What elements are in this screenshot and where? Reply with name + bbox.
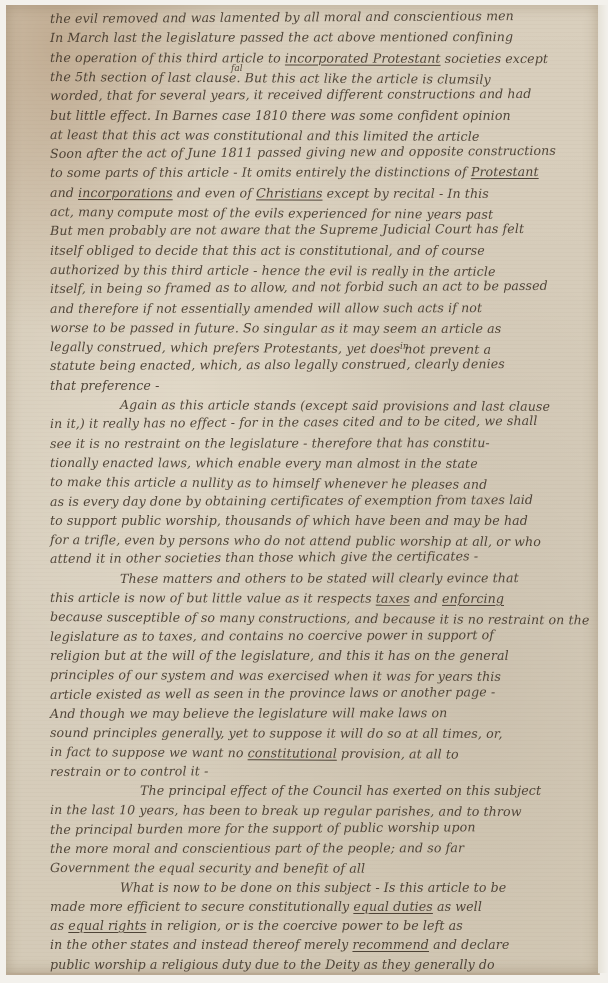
manuscript-line: restrain or to control it - [50, 763, 208, 779]
manuscript-line: the principal burden more for the suppor… [50, 819, 476, 837]
manuscript-line: itself obliged to decide that this act i… [50, 243, 485, 258]
manuscript-line: this article is now of but little value … [50, 590, 504, 606]
manuscript-line: worded, that for several years, it recei… [50, 86, 531, 103]
manuscript-line: because susceptible of so many construct… [50, 609, 590, 627]
manuscript-line: The principal effect of the Council has … [140, 783, 541, 798]
manuscript-line: and therefore if not essentially amended… [50, 300, 482, 316]
manuscript-line: In March last the legislature passed the… [50, 29, 513, 45]
manuscript-line: But men probably are not aware that the … [50, 221, 524, 238]
manuscript-line: at least that this act was constitutiona… [50, 127, 479, 144]
manuscript-line: in the last 10 years, has been to break … [50, 802, 522, 819]
manuscript-line: Soon after the act of June 1811 passed g… [50, 143, 556, 161]
manuscript-line: authorized by this third article - hence… [50, 262, 496, 279]
manuscript-line: These matters and others to be stated wi… [120, 570, 519, 586]
manuscript-line: worse to be passed in future. So singula… [50, 320, 501, 336]
manuscript-line: in it,) it really has no effect - for in… [50, 413, 538, 431]
manuscript-line: What is now to be done on this subject -… [120, 880, 506, 895]
manuscript-line: to support public worship, thousands of … [50, 513, 528, 528]
manuscript-line: as equal rights in religion, or is the c… [50, 918, 463, 933]
manuscript-text: the evil removed and was lamented by all… [6, 5, 598, 973]
manuscript-line: see it is no restraint on the legislatur… [50, 435, 490, 451]
manuscript-line: made more efficient to secure constituti… [50, 899, 482, 914]
manuscript-line: act, many compute most of the evils expe… [50, 204, 493, 222]
manuscript-line: the evil removed and was lamented by all… [50, 8, 514, 26]
scan-background: the evil removed and was lamented by all… [0, 0, 608, 983]
manuscript-line: for a trifle, even by persons who do not… [50, 532, 541, 549]
manuscript-line: in fact to suppose we want no constituti… [50, 744, 459, 762]
manuscript-line: And though we may believe the legislatur… [50, 705, 447, 721]
manuscript-line: article existed as well as seen in the p… [50, 684, 495, 702]
manuscript-line: tionally enacted laws, which enable ever… [50, 455, 478, 471]
manuscript-line: Government the equal security and benefi… [50, 860, 365, 876]
interlinear-insertion: in [400, 342, 409, 352]
manuscript-line: the more moral and conscientious part of… [50, 840, 464, 856]
manuscript-line: that preference - [50, 378, 159, 393]
manuscript-line: as is every day done by obtaining certif… [50, 491, 533, 508]
manuscript-line: legislature as to taxes, and contains no… [50, 627, 494, 644]
manuscript-line: Again as this article stands (except sai… [120, 397, 550, 414]
manuscript-line: the 5th section of last clause. But this… [50, 69, 491, 87]
manuscript-line: itself, in being so framed as to allow, … [50, 278, 548, 296]
manuscript-line: and incorporations and even of Christian… [50, 185, 489, 201]
manuscript-line: religion but at the will of the legislat… [50, 648, 509, 663]
manuscript-line: to some parts of this article - It omits… [50, 164, 539, 180]
manuscript-line: legally construed, which prefers Protest… [50, 339, 491, 357]
manuscript-line: in the other states and instead thereof … [50, 937, 509, 952]
manuscript-line: the operation of this third article to i… [50, 50, 548, 66]
manuscript-line: statute being enacted, which, as also le… [50, 356, 505, 373]
manuscript-page: the evil removed and was lamented by all… [6, 5, 600, 975]
manuscript-line: public worship a religious duty due to t… [50, 957, 495, 972]
manuscript-line: sound principles generally, yet to suppo… [50, 725, 503, 741]
manuscript-line: to make this article a nullity as to him… [50, 474, 487, 492]
manuscript-line: attend it in other societies than those … [50, 549, 478, 567]
manuscript-line: but little effect. In Barnes case 1810 t… [50, 108, 511, 123]
manuscript-line: principles of our system and was exercis… [50, 667, 501, 684]
interlinear-insertion: fal [231, 64, 243, 74]
